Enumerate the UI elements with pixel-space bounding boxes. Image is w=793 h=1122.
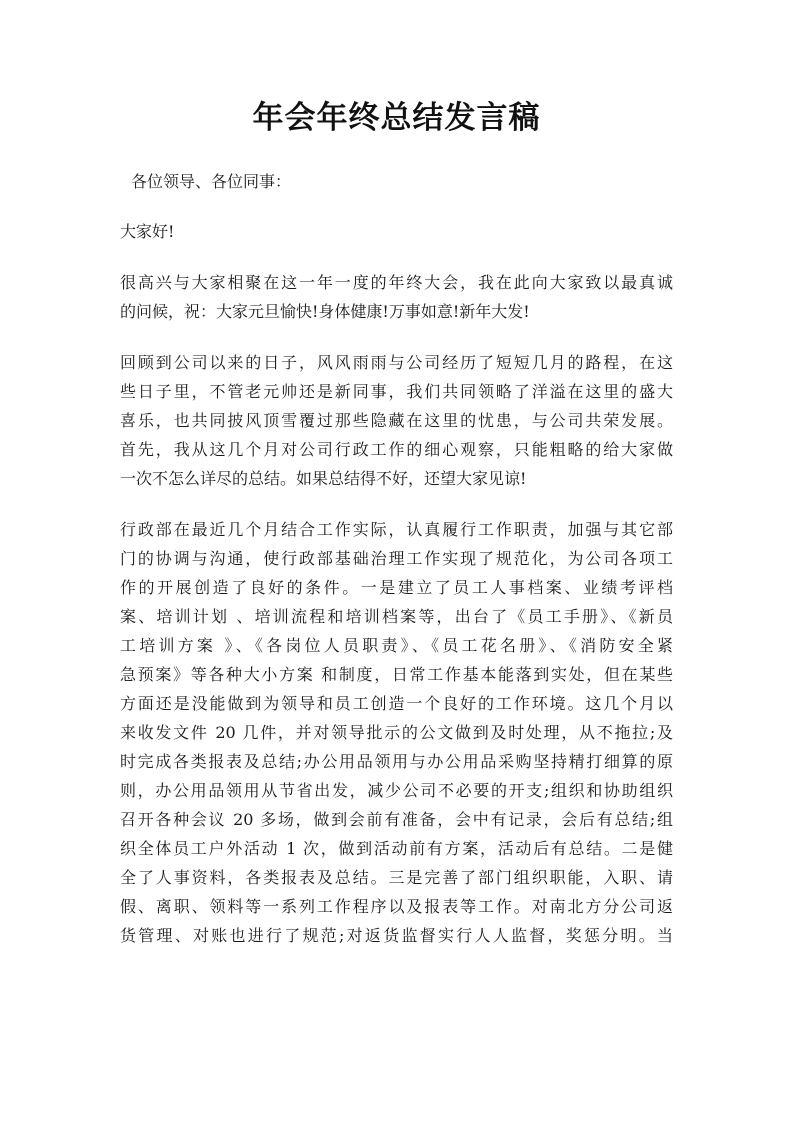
- paragraph-3-line-10: 则，办公用品领用从节省出发，减少公司不必要的开支;组织和协助组织: [120, 780, 673, 802]
- paragraph-3-line-12: 织全体员工户外活动 1 次，做到活动前有方案，活动后有总结。二是健: [120, 838, 673, 860]
- paragraph-1-line-2: 的问候，祝：大家元旦愉快!身体健康!万事如意!新年大发!: [120, 301, 673, 323]
- paragraph-2-line-1: 回顾到公司以来的日子，风风雨雨与公司经历了短短几月的路程，在这: [120, 352, 673, 374]
- paragraph-2-line-3: 喜乐，也共同披风顶雪覆过那些隐藏在这里的忧患，与公司共荣发展。: [120, 410, 673, 432]
- paragraph-3-line-13: 全了人事资料，各类报表及总结。三是完善了部门组织职能，入职、请: [120, 867, 673, 889]
- document-page: 年会年终总结发言稿 各位领导、各位同事： 大家好! 很高兴与大家相聚在这一年一度…: [0, 0, 793, 1122]
- paragraph-2-line-2: 些日子里，不管老元帅还是新同事，我们共同领略了洋溢在这里的盛大: [120, 381, 673, 403]
- paragraph-3-line-8: 来收发文件 20 几件，并对领导批示的公文做到及时处理，从不拖拉;及: [120, 722, 673, 744]
- paragraph-3-line-1: 行政部在最近几个月结合工作实际，认真履行工作职责，加强与其它部: [120, 519, 673, 541]
- paragraph-3-line-2: 门的协调与沟通，使行政部基础治理工作实现了规范化，为公司各项工: [120, 548, 673, 570]
- paragraph-3-line-7: 方面还是没能做到为领导和员工创造一个良好的工作环境。这几个月以: [120, 693, 673, 715]
- paragraph-1-line-1: 很高兴与大家相聚在这一年一度的年终大会，我在此向大家致以最真诚: [120, 272, 673, 294]
- paragraph-3-line-14: 假、离职、领料等一系列工作程序以及报表等工作。对南北方分公司返: [120, 896, 673, 918]
- paragraph-3-line-11: 召开各种会议 20 多场，做到会前有准备，会中有记录，会后有总结;组: [120, 809, 673, 831]
- paragraph-2-line-5: 一次不怎么详尽的总结。如果总结得不好，还望大家见谅!: [120, 468, 673, 490]
- paragraph-3-line-6: 急预案》等各种大小方案 和制度，日常工作基本能落到实处，但在某些: [120, 664, 673, 686]
- paragraph-3-line-4: 案、培训计划 、培训流程和培训档案等，出台了《员工手册》、《新员: [120, 606, 673, 628]
- paragraph-3-line-9: 时完成各类报表及总结;办公用品领用与办公用品采购坚持精打细算的原: [120, 751, 673, 773]
- salutation: 各位领导、各位同事：: [131, 171, 291, 193]
- paragraph-3-line-3: 作的开展创造了良好的条件。一是建立了员工人事档案、业绩考评档: [120, 577, 673, 599]
- paragraph-3-line-5: 工培训方案 》、《各岗位人员职责》、《员工花名册》、《消防安全紧: [120, 635, 673, 657]
- paragraph-3-line-15: 货管理、对账也进行了规范;对返货监督实行人人监督，奖惩分明。当: [120, 925, 673, 947]
- paragraph-2-line-4: 首先，我从这几个月对公司行政工作的细心观察，只能粗略的给大家做: [120, 439, 673, 461]
- document-title: 年会年终总结发言稿: [0, 96, 793, 140]
- greeting: 大家好!: [120, 221, 673, 243]
